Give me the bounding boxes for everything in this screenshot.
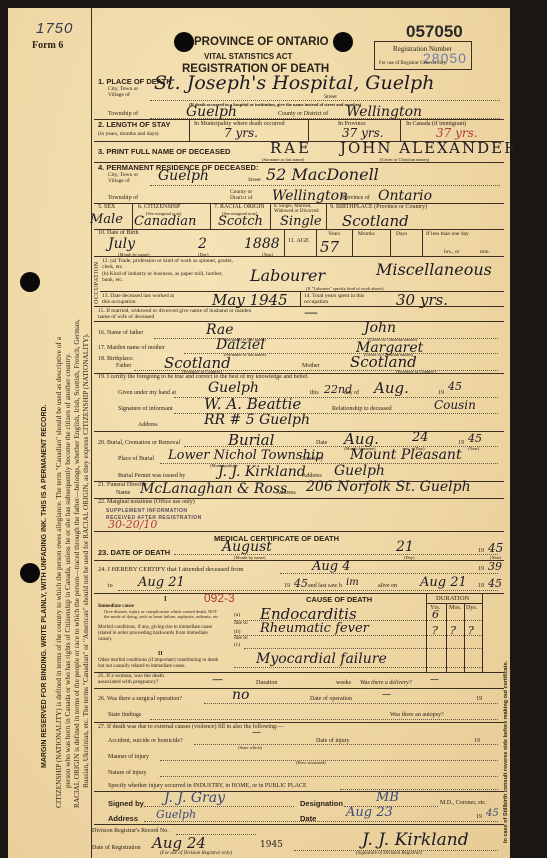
duration-dys-label: Dys. — [466, 605, 477, 611]
nature-of-injury-label: Nature of injury — [108, 770, 147, 776]
operation-date-value: — — [382, 690, 391, 700]
province-stay-value: 37 yrs. — [342, 126, 384, 140]
cause-c-label: (c) — [234, 642, 240, 648]
cemetery-value: Mount Pleasant — [350, 447, 462, 463]
registration-number-box: Registration Number 28050 For use of Reg… — [374, 41, 472, 70]
attended-from-value: Aug 4 — [312, 559, 351, 574]
racial-origin-note: RACIAL ORIGIN is defined in terms of the… — [72, 319, 81, 808]
delivery-label: Was there a delivery? — [360, 680, 412, 686]
place-of-burial-label: Place of Burial — [118, 456, 154, 462]
morbid-conditions-label: Morbid conditions, if any, giving rise t… — [98, 625, 220, 643]
due-to-1-label: due to — [234, 620, 248, 626]
citizenship-note: CITIZENSHIP (NATIONALITY) is defined in … — [54, 337, 63, 808]
age-label: 11. AGE — [288, 238, 309, 244]
alive-on-value: Aug 21 — [420, 575, 467, 590]
dob-year-value: 1888 — [244, 236, 280, 252]
age-days-label: Days — [396, 231, 407, 237]
father-given-value: John — [364, 320, 396, 336]
age-years-value: 57 — [320, 238, 339, 256]
operation-date-label: Date of operation — [310, 696, 352, 702]
death-month-value: August — [222, 539, 272, 555]
registration-date-value: Aug 24 — [152, 834, 206, 852]
operation-label: 26. Was there a surgical operation? — [98, 696, 182, 702]
burial-day-value: 24 — [412, 430, 429, 445]
signature-informant-label: Signature of informant — [118, 406, 173, 412]
permit-address-value: Guelph — [334, 463, 385, 479]
citizenship-note-2: person who was born in Canada or who has… — [63, 353, 72, 788]
citizenship-value: Canadian — [134, 214, 196, 229]
signer-address-value: Guelph — [156, 808, 196, 821]
attended-from-year: 39 — [488, 560, 502, 573]
autopsy-label: Was there an autopsy? — [390, 712, 444, 718]
accident-note: (State which) — [238, 745, 262, 750]
registration-date-label: Date of Registration — [92, 845, 141, 851]
duration-mos-label: Mos. — [449, 605, 461, 611]
alive-on-label: alive on — [378, 583, 397, 589]
supplement-stamp: SUPPLEMENT INFORMATION — [106, 508, 187, 514]
other-conditions-label: Other morbid conditions (if important) c… — [98, 658, 220, 669]
full-name-label: 3. PRINT FULL NAME OF DECEASED — [98, 147, 230, 156]
form-body: PROVINCE OF ONTARIO VITAL STATISTICS ACT… — [94, 8, 510, 858]
last-saw-label: and last saw h — [308, 583, 342, 589]
surname-value: RAE — [270, 139, 312, 157]
delivery-value: — — [430, 675, 439, 685]
parents-birthplace-label: 18. Birthplace: — [98, 356, 134, 362]
cause-of-death-title: CAUSE OF DEATH — [306, 595, 372, 604]
signed-date-value: Aug 23 — [346, 805, 393, 820]
residence-city-value: Guelph — [158, 168, 209, 184]
age-years-label: Years — [328, 231, 340, 237]
dob-month-value: July — [108, 236, 135, 252]
attendance-label: 24. I HEREBY CERTIFY that I attended dec… — [98, 566, 244, 573]
cause-b-value: Rheumatic fever — [260, 621, 369, 636]
act-title: VITAL STATISTICS ACT — [204, 52, 292, 61]
date-of-death-label: 23. DATE OF DEATH — [98, 548, 170, 557]
signed-by-value: J. J. Gray — [164, 790, 225, 806]
pregnancy-duration-label: Duration — [256, 680, 277, 686]
attended-to-value: Aug 21 — [138, 575, 185, 590]
residence-street-label: Street — [248, 177, 261, 183]
burial-permit-label: Burial Permit was issued by — [118, 473, 185, 479]
operation-year-prefix: 19 — [476, 696, 482, 702]
attended-to-label: to — [108, 583, 113, 589]
length-of-stay-label: 2. LENGTH OF STAY — [98, 120, 171, 129]
findings-label: State findings — [108, 712, 141, 718]
racial-origin-value: Scotch — [218, 214, 263, 229]
manner-of-injury-label: Manner of injury — [108, 754, 149, 760]
mother-surname-value: Dalziel — [216, 337, 265, 353]
given-at-value: Guelph — [208, 380, 259, 396]
trade-value: Labourer — [250, 266, 325, 285]
city-label: City, Town or Village of — [108, 86, 148, 98]
attended-from-year-prefix: 19 — [478, 566, 484, 572]
informant-year-value: 45 — [448, 380, 462, 393]
occupation-side-label: OCCUPATION — [93, 262, 102, 304]
residence-township-label: Township of — [108, 195, 138, 201]
relationship-value: Cousin — [434, 398, 476, 412]
registration-date-note: (For use of Division Registrar only) — [160, 851, 232, 856]
attended-to-year: 45 — [294, 577, 308, 590]
residence-province-value: Ontario — [378, 188, 432, 204]
informant-year-prefix: 19 — [438, 390, 444, 396]
father-label: 16. Name of father — [98, 330, 143, 336]
given-names-value: JOHN ALEXANDER — [340, 139, 517, 157]
county-label: County or District of — [278, 111, 328, 117]
spouse-value: — — [304, 305, 318, 321]
total-years-label: 14. Total years spent in this occupation — [304, 293, 384, 305]
residence-county-label: County or District of — [230, 189, 270, 201]
mother-birthplace-label: Mother — [302, 363, 320, 369]
due-to-2-label: due to — [234, 635, 248, 641]
signer-address-label: Address — [108, 814, 138, 823]
municipality-value: 7 yrs. — [224, 126, 258, 140]
serial-number: 057050 — [406, 22, 463, 42]
racial-origin-note-2: Russian, Ukrainian, etc. The terms "Cana… — [81, 333, 90, 788]
birthplace-label: 9. BIRTHPLACE (Province or Country) — [330, 204, 427, 210]
cemetery-label: Cemetery — [300, 456, 323, 462]
signed-by-label: Signed by — [108, 799, 144, 808]
funeral-name-label: Name — [116, 490, 130, 496]
township-label: Township of — [108, 111, 138, 117]
province-title: PROVINCE OF ONTARIO — [194, 36, 329, 48]
marginal-notations-label: 22. Marginal notations (Office use only) — [98, 499, 195, 505]
injury-location-label: Specify whether injury occurred in INDUS… — [108, 783, 307, 789]
attended-to-year-prefix: 19 — [284, 583, 290, 589]
residence-city-label: City, Town or Village of — [108, 172, 148, 184]
marital-status-value: Single — [280, 214, 322, 229]
burial-year-value: 45 — [468, 432, 482, 445]
accident-value: — — [252, 728, 261, 738]
cause-code: 092-3 — [204, 591, 235, 605]
cause-a-label: (a) — [234, 612, 240, 618]
pregnancy-value: — — [212, 673, 223, 686]
section-ii-label: II — [158, 651, 163, 657]
racial-origin-label: 7. RACIAL ORIGIN — [214, 204, 265, 210]
signed-year-prefix: 19 — [476, 814, 482, 820]
this-label: this — [310, 390, 319, 396]
residence-street-value: 52 MacDonell — [266, 165, 379, 184]
registration-box-note: For use of Registrar General only. — [379, 61, 447, 66]
file-number: 1750 — [36, 20, 73, 37]
marginal-notation-value: 30-20/10 — [108, 518, 157, 531]
birthplace-value: Scotland — [342, 212, 409, 230]
informant-address-label: Address — [138, 422, 158, 428]
residence-county-value: Wellington — [272, 188, 348, 204]
last-saw-value: im — [346, 577, 359, 588]
industry-value: Miscellaneous — [376, 260, 492, 279]
sex-label: 5. SEX — [98, 204, 115, 210]
father-birthplace-label: Father — [116, 363, 131, 369]
less-than-day-label: If less than one day — [426, 231, 469, 237]
designation-suffix: M.D., Coroner, etc. — [440, 800, 487, 806]
certify-label: 19. I certify the foregoing to be true a… — [98, 374, 309, 380]
marital-status-label: 8. Single, Married, Widowed or Divorced — [274, 204, 324, 214]
other-conditions-value: Myocardial failure — [256, 651, 387, 667]
death-registration-form: 1750 Form 6 MARGIN RESERVED FOR BINDING.… — [8, 8, 510, 858]
informant-address-value: RR # 5 Guelph — [204, 412, 310, 428]
mother-label: 17. Maiden name of mother — [98, 345, 165, 351]
registration-year: 1945 — [260, 840, 283, 850]
burial-permit-value: J. J. Kirkland — [218, 464, 306, 480]
last-worked-label: 13. Date deceased last worked at this oc… — [102, 293, 182, 305]
father-surname-value: Rae — [206, 322, 234, 338]
signature-informant-value: W. A. Beattie — [204, 395, 301, 413]
funeral-address-value: 206 Norfolk St. Guelph — [306, 479, 471, 495]
signed-year: 45 — [486, 808, 499, 819]
alive-year: 45 — [488, 577, 502, 590]
alive-year-prefix: 19 — [478, 583, 484, 589]
industry-label: (b) Kind of industry or business, as pap… — [102, 271, 234, 283]
margin-instruction: MARGIN RESERVED FOR BINDING. WRITE PLAIN… — [40, 405, 49, 769]
accident-label: Accident, suicide or homicide? — [108, 738, 183, 744]
registrar-signature: J. J. Kirkland — [362, 830, 469, 850]
age-months-label: Months — [358, 231, 375, 237]
burial-label: 20. Burial, Cremation or Removal — [98, 440, 180, 446]
form-label: Form 6 — [32, 40, 63, 51]
day-of-label: day of — [344, 390, 359, 396]
relationship-label: Relationship to deceased — [332, 406, 392, 412]
immediate-cause-note: Give disease, injury or complication whi… — [104, 609, 220, 619]
registrar-signature-note: (Signature of Division Registrar) — [356, 851, 422, 856]
spouse-label: 15. If married, widowed or divorced give… — [98, 308, 258, 320]
hrs-label: hrs., or — [444, 249, 459, 255]
death-day-value: 21 — [396, 539, 414, 555]
death-year-value: 45 — [488, 541, 503, 555]
duration-label: DURATION — [436, 595, 469, 602]
informant-month-value: Aug. — [374, 379, 409, 397]
dob-day-value: 2 — [198, 236, 207, 252]
trade-label: 12. (a) Trade, profession or kind of wor… — [102, 258, 234, 270]
weeks-label: weeks — [336, 680, 351, 686]
designation-value: MB — [376, 790, 399, 805]
section-i-label: I — [164, 595, 167, 603]
designation-label: Designation — [300, 799, 343, 808]
operation-value: no — [232, 687, 249, 703]
given-at-label: Given under my hand at — [118, 390, 176, 396]
canada-stay-value: 37 yrs. — [436, 126, 478, 140]
place-of-death-value: St. Joseph's Hospital, Guelph — [154, 72, 434, 94]
residence-province-label: Province of — [342, 195, 370, 201]
citizenship-label: 6. CITIZENSHIP — [138, 204, 180, 210]
left-binding-margin: 1750 Form 6 MARGIN RESERVED FOR BINDING.… — [8, 8, 92, 858]
length-of-stay-sublabel: (in years, months and days) — [98, 131, 159, 137]
sex-value: Male — [90, 212, 123, 227]
min-label: min. — [480, 249, 490, 255]
funeral-address-label: Address — [276, 490, 296, 496]
pregnancy-label: 25. If a woman, was the death associated… — [98, 673, 184, 685]
funeral-name-value: McLanaghan & Ross — [140, 481, 287, 497]
